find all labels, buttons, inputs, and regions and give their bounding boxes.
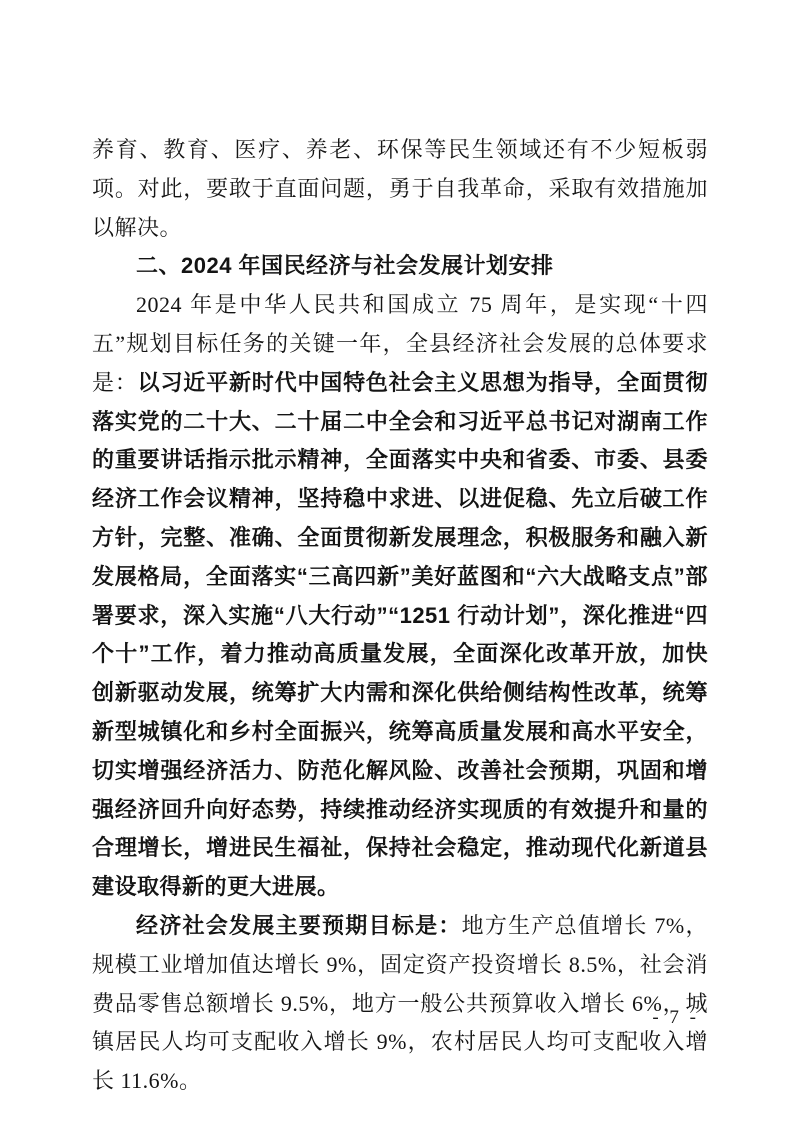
paragraph-targets: 经济社会发展主要预期目标是：地方生产总值增长 7%，规模工业增加值达增长 9%，…	[92, 907, 708, 1101]
page-number: - 7 -	[652, 1007, 699, 1029]
paragraph-intro-tail-text: 养育、教育、医疗、养老、环保等民生领域还有不少短板弱项。对此，要敢于直面问题，勇…	[92, 137, 708, 240]
document-body: 养育、教育、医疗、养老、环保等民生领域还有不少短板弱项。对此，要敢于直面问题，勇…	[92, 131, 708, 1101]
paragraph-targets-lead: 经济社会发展主要预期目标是：	[136, 913, 462, 938]
document-page: 养育、教育、医疗、养老、环保等民生领域还有不少短板弱项。对此，要敢于直面问题，勇…	[0, 0, 793, 1122]
paragraph-overview: 2024 年是中华人民共和国成立 75 周年，是实现“十四五”规划目标任务的关键…	[92, 286, 708, 907]
paragraph-overview-emphasis: 以习近平新时代中国特色社会主义思想为指导，全面贯彻落实党的二十大、二十届二中全会…	[92, 370, 708, 899]
paragraph-intro-tail: 养育、教育、医疗、养老、环保等民生领域还有不少短板弱项。对此，要敢于直面问题，勇…	[92, 131, 708, 247]
paragraph-targets-body: 地方生产总值增长 7%，规模工业增加值达增长 9%，固定资产投资增长 8.5%，…	[92, 913, 708, 1093]
section-heading: 二、2024 年国民经济与社会发展计划安排	[92, 247, 708, 286]
